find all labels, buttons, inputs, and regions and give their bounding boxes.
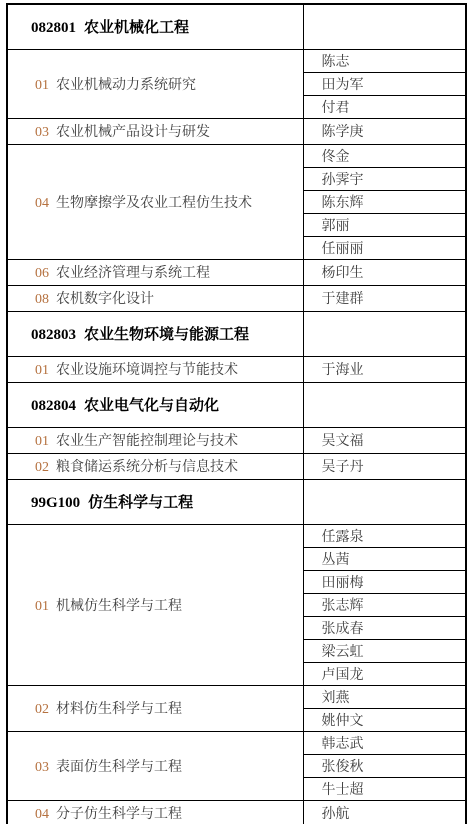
topic-title: 农业经济管理与系统工程 [56, 266, 210, 281]
topic-title: 表面仿生科学与工程 [56, 760, 182, 775]
topic-title: 农业机械产品设计与研发 [56, 125, 210, 140]
empty-cell [303, 479, 466, 524]
topic-cell: 01农业机械动力系统研究 [7, 49, 303, 118]
topic-cell: 03表面仿生科学与工程 [7, 731, 303, 800]
topic-row: 04生物摩擦学及农业工程仿生技术佟金 [7, 144, 466, 167]
program-title: 农业机械化工程 [84, 20, 189, 36]
supervisor-name-cell: 卢国龙 [303, 662, 466, 685]
topic-code: 03 [35, 760, 49, 775]
catalog-table: 082801农业机械化工程01农业机械动力系统研究陈志田为军付君03农业机械产品… [6, 3, 467, 824]
topic-code: 03 [35, 125, 49, 140]
supervisor-name-cell: 孙航 [303, 800, 466, 824]
topic-title: 农业生产智能控制理论与技术 [56, 434, 238, 449]
topic-title: 农业机械动力系统研究 [56, 78, 196, 93]
supervisor-name-cell: 刘燕 [303, 685, 466, 708]
topic-title: 农业设施环境调控与节能技术 [56, 363, 238, 378]
topic-code: 06 [35, 266, 49, 281]
program-code: 082803 [31, 327, 76, 343]
topic-cell: 03农业机械产品设计与研发 [7, 118, 303, 144]
topic-code: 01 [35, 434, 49, 449]
program-header-row: 082803农业生物环境与能源工程 [7, 311, 466, 356]
topic-code: 02 [35, 702, 49, 717]
supervisor-name-cell: 于建群 [303, 285, 466, 311]
supervisor-name-cell: 张成春 [303, 616, 466, 639]
supervisor-name-cell: 于海业 [303, 356, 466, 382]
topic-cell: 04分子仿生科学与工程 [7, 800, 303, 824]
topic-title: 分子仿生科学与工程 [56, 807, 182, 822]
supervisor-name-cell: 吴子丹 [303, 453, 466, 479]
supervisor-name-cell: 付君 [303, 95, 466, 118]
topic-title: 农机数字化设计 [56, 292, 154, 307]
supervisor-name-cell: 任丽丽 [303, 236, 466, 259]
topic-cell: 02粮食储运系统分析与信息技术 [7, 453, 303, 479]
topic-code: 01 [35, 599, 49, 614]
topic-code: 04 [35, 807, 49, 822]
supervisor-name-cell: 吴文福 [303, 427, 466, 453]
program-code: 082801 [31, 20, 76, 36]
supervisor-name-cell: 张俊秋 [303, 754, 466, 777]
topic-code: 01 [35, 78, 49, 93]
supervisor-name-cell: 姚仲文 [303, 708, 466, 731]
empty-cell [303, 382, 466, 427]
topic-cell: 04生物摩擦学及农业工程仿生技术 [7, 144, 303, 259]
program-header-cell: 082804农业电气化与自动化 [7, 382, 303, 427]
program-title: 农业电气化与自动化 [84, 398, 219, 414]
supervisor-name-cell: 杨印生 [303, 259, 466, 285]
topic-row: 03表面仿生科学与工程韩志武 [7, 731, 466, 754]
program-code: 082804 [31, 398, 76, 414]
supervisor-name-cell: 陈学庚 [303, 118, 466, 144]
supervisor-name-cell: 牛士超 [303, 777, 466, 800]
empty-cell [303, 4, 466, 49]
supervisor-name-cell: 丛茜 [303, 547, 466, 570]
supervisor-name-cell: 韩志武 [303, 731, 466, 754]
supervisor-name-cell: 陈东辉 [303, 190, 466, 213]
supervisor-name-cell: 郭丽 [303, 213, 466, 236]
topic-row: 04分子仿生科学与工程孙航 [7, 800, 466, 824]
program-code: 99G100 [31, 495, 80, 511]
topic-code: 01 [35, 363, 49, 378]
topic-code: 02 [35, 460, 49, 475]
supervisor-name-cell: 孙霁宇 [303, 167, 466, 190]
topic-title: 机械仿生科学与工程 [56, 599, 182, 614]
topic-code: 04 [35, 196, 49, 211]
program-header-row: 082804农业电气化与自动化 [7, 382, 466, 427]
topic-row: 01机械仿生科学与工程任露泉 [7, 524, 466, 547]
supervisor-name-cell: 佟金 [303, 144, 466, 167]
topic-cell: 01农业设施环境调控与节能技术 [7, 356, 303, 382]
topic-row: 01农业生产智能控制理论与技术吴文福 [7, 427, 466, 453]
supervisor-name-cell: 任露泉 [303, 524, 466, 547]
topic-row: 02粮食储运系统分析与信息技术吴子丹 [7, 453, 466, 479]
topic-row: 02材料仿生科学与工程刘燕 [7, 685, 466, 708]
topic-cell: 06农业经济管理与系统工程 [7, 259, 303, 285]
program-header-row: 082801农业机械化工程 [7, 4, 466, 49]
topic-row: 01农业设施环境调控与节能技术于海业 [7, 356, 466, 382]
topic-title: 粮食储运系统分析与信息技术 [56, 460, 238, 475]
program-catalog: 082801农业机械化工程01农业机械动力系统研究陈志田为军付君03农业机械产品… [0, 0, 470, 824]
supervisor-name-cell: 田丽梅 [303, 570, 466, 593]
topic-cell: 01机械仿生科学与工程 [7, 524, 303, 685]
program-header-cell: 082801农业机械化工程 [7, 4, 303, 49]
topic-row: 03农业机械产品设计与研发陈学庚 [7, 118, 466, 144]
topic-code: 08 [35, 292, 49, 307]
supervisor-name-cell: 田为军 [303, 72, 466, 95]
catalog-table-body: 082801农业机械化工程01农业机械动力系统研究陈志田为军付君03农业机械产品… [7, 4, 466, 824]
program-header-cell: 082803农业生物环境与能源工程 [7, 311, 303, 356]
topic-row: 08农机数字化设计于建群 [7, 285, 466, 311]
program-title: 仿生科学与工程 [88, 495, 193, 511]
topic-row: 01农业机械动力系统研究陈志 [7, 49, 466, 72]
supervisor-name-cell: 陈志 [303, 49, 466, 72]
topic-title: 材料仿生科学与工程 [56, 702, 182, 717]
topic-title: 生物摩擦学及农业工程仿生技术 [56, 196, 252, 211]
program-header-row: 99G100仿生科学与工程 [7, 479, 466, 524]
supervisor-name-cell: 梁云虹 [303, 639, 466, 662]
program-title: 农业生物环境与能源工程 [84, 327, 249, 343]
topic-cell: 08农机数字化设计 [7, 285, 303, 311]
supervisor-name-cell: 张志辉 [303, 593, 466, 616]
program-header-cell: 99G100仿生科学与工程 [7, 479, 303, 524]
topic-row: 06农业经济管理与系统工程杨印生 [7, 259, 466, 285]
topic-cell: 01农业生产智能控制理论与技术 [7, 427, 303, 453]
empty-cell [303, 311, 466, 356]
topic-cell: 02材料仿生科学与工程 [7, 685, 303, 731]
